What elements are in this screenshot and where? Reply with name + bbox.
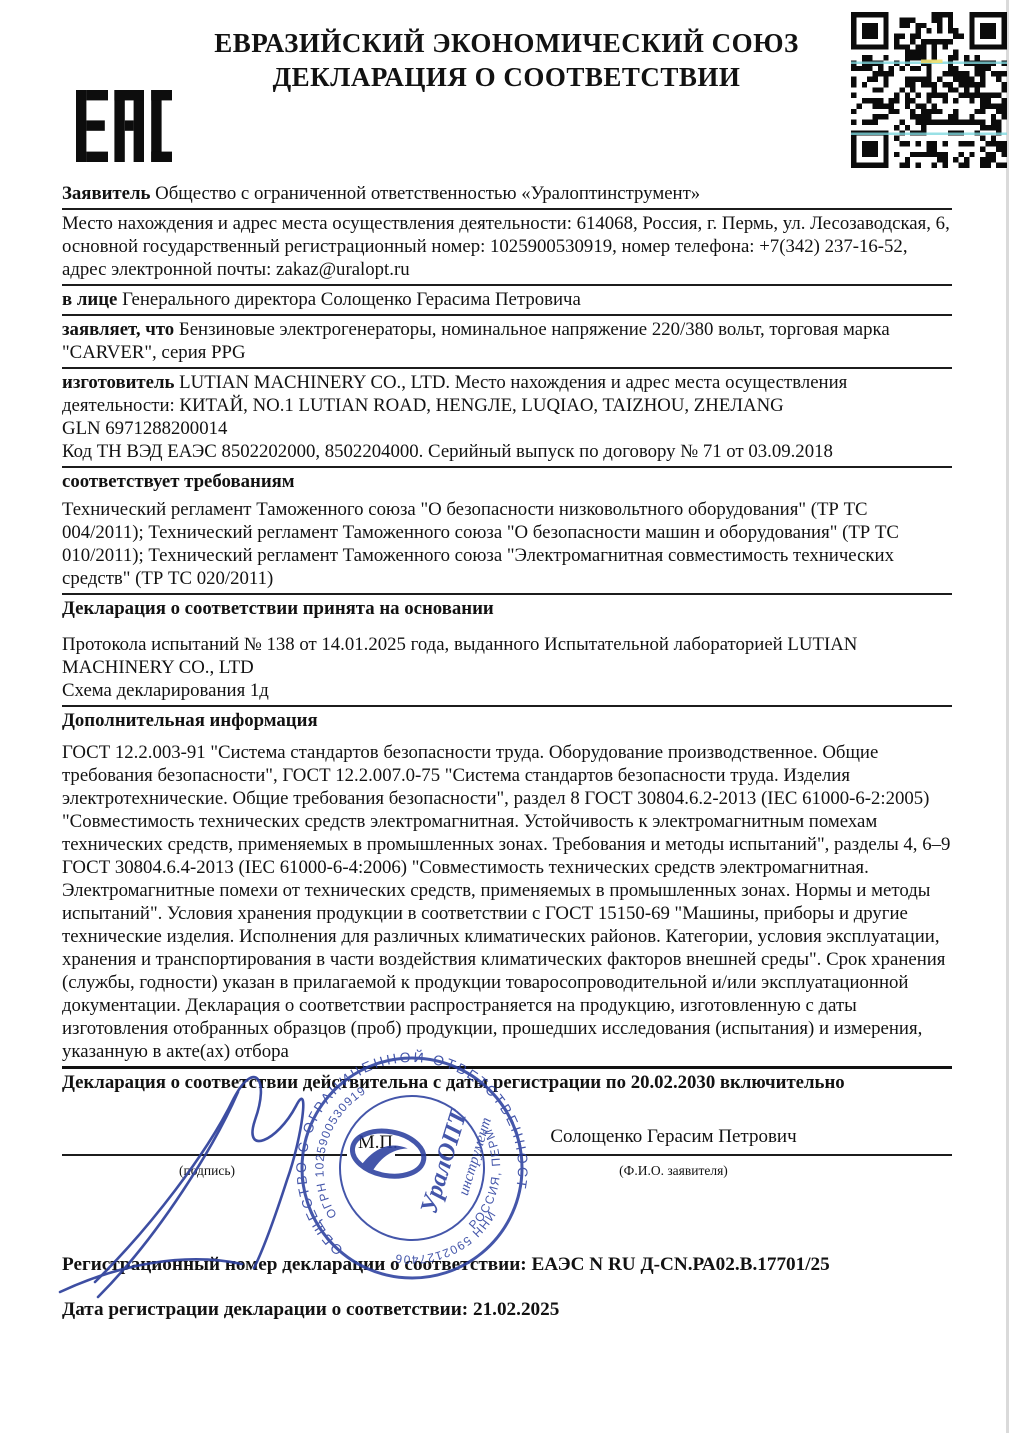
signature-caption: (подпись): [117, 1159, 297, 1182]
document-body: Заявитель Общество с ограниченной ответс…: [62, 180, 952, 1321]
field-manufacturer: изготовитель LUTIAN MACHINERY CO., LTD. …: [62, 369, 952, 468]
validity-line: Декларация о соответствии действительна …: [62, 1066, 952, 1097]
signature-area: (подпись) М.П. Солощенко Герасим Петрови…: [62, 1097, 952, 1239]
applicant-value: Общество с ограниченной ответственностью…: [155, 183, 700, 204]
basis-text: Протокола испытаний № 138 от 14.01.2025 …: [62, 633, 952, 679]
manufacturer-label: изготовитель: [62, 372, 174, 393]
manufacturer-paragraph: изготовитель LUTIAN MACHINERY CO., LTD. …: [62, 371, 952, 417]
in-person-label: в лице: [62, 289, 117, 310]
field-address: Место нахождения и адрес места осуществл…: [62, 210, 952, 286]
eac-mark-icon: [76, 86, 172, 171]
signature-line: [62, 1154, 347, 1156]
signer-name-line: [395, 1154, 952, 1156]
complies-heading: соответствует требованиям: [62, 468, 952, 496]
qr-code: [851, 12, 1007, 168]
basis-block: Протокола испытаний № 138 от 14.01.2025 …: [62, 623, 952, 707]
in-person-value: Генерального директора Солощенко Герасим…: [122, 289, 581, 310]
registration-number-line: Регистрационный номер декларации о соотв…: [62, 1253, 952, 1276]
tn-ved-line: Код ТН ВЭД ЕАЭС 8502202000, 8502204000. …: [62, 440, 952, 463]
signer-name: Солощенко Герасим Петрович: [395, 1125, 952, 1148]
field-declares: заявляет, что Бензиновые электрогенерато…: [62, 316, 952, 369]
additional-paragraph: ГОСТ 12.2.003-91 "Система стандартов без…: [62, 735, 952, 1066]
field-applicant: Заявитель Общество с ограниченной ответс…: [62, 180, 952, 210]
declares-label: заявляет, что: [62, 319, 174, 340]
mp-label: М.П.: [358, 1131, 398, 1154]
declaration-document-page: ЕВРАЗИЙСКИЙ ЭКОНОМИЧЕСКИЙ СОЮЗ ДЕКЛАРАЦИ…: [0, 0, 1013, 1433]
basis-heading: Декларация о соответствии принята на осн…: [62, 595, 952, 623]
regulations-paragraph: Технический регламент Таможенного союза …: [62, 496, 952, 595]
registration-date-line: Дата регистрации декларации о соответств…: [62, 1298, 952, 1321]
manufacturer-gln: GLN 6971288200014: [62, 417, 952, 440]
declares-value: Бензиновые электрогенераторы, номинально…: [62, 319, 890, 363]
manufacturer-value: LUTIAN MACHINERY CO., LTD. Место нахожде…: [62, 372, 847, 416]
applicant-label: Заявитель: [62, 183, 150, 204]
field-in-person: в лице Генерального директора Солощенко …: [62, 286, 952, 316]
scanner-edge-artifact: [1006, 0, 1009, 1433]
scheme-line: Схема декларирования 1д: [62, 679, 952, 702]
additional-heading: Дополнительная информация: [62, 707, 952, 735]
address-value: Место нахождения и адрес места осуществл…: [62, 213, 950, 280]
signer-name-caption: (Ф.И.О. заявителя): [395, 1159, 952, 1182]
